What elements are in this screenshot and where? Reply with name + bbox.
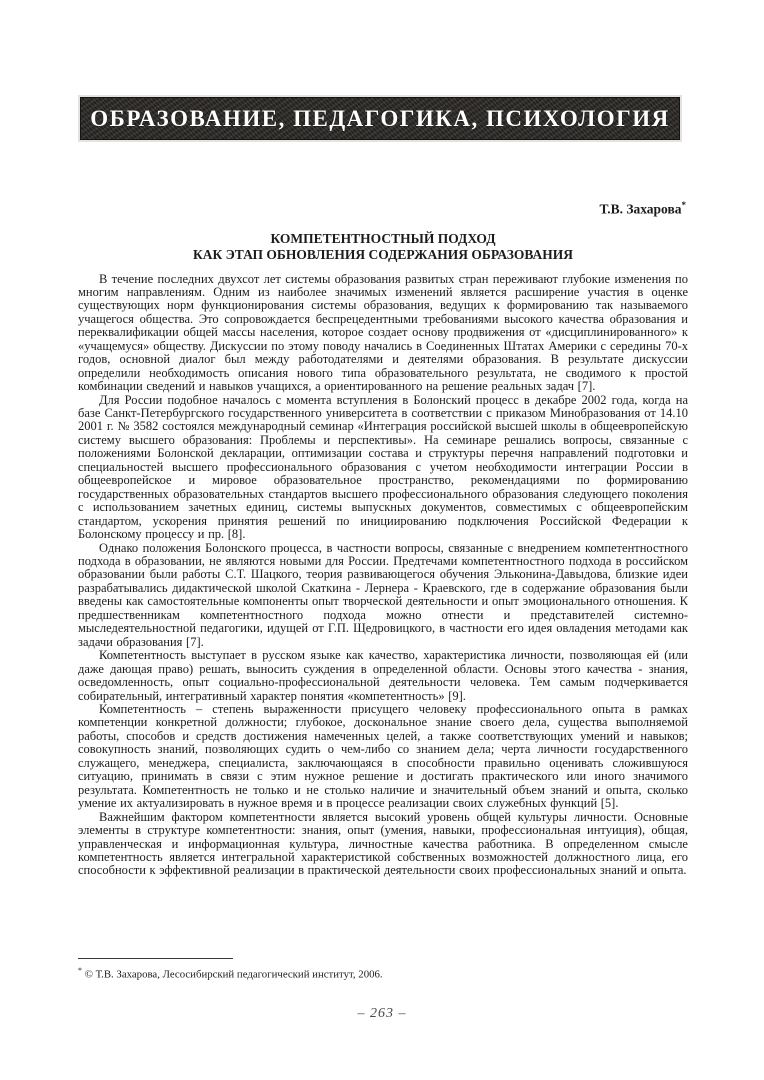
paragraph: Важнейшим фактором компетентности являет…: [78, 811, 688, 878]
author-footnote-mark: *: [682, 200, 687, 210]
section-banner: ОБРАЗОВАНИЕ, ПЕДАГОГИКА, ПСИХОЛОГИЯ: [80, 97, 680, 140]
paragraph: Однако положения Болонского процесса, в …: [78, 542, 688, 650]
paragraph: Для России подобное началось с момента в…: [78, 394, 688, 542]
author-name: Т.В. Захарова: [600, 202, 682, 217]
paragraph: Компетентность выступает в русском языке…: [78, 649, 688, 703]
section-banner-title: ОБРАЗОВАНИЕ, ПЕДАГОГИКА, ПСИХОЛОГИЯ: [90, 106, 670, 132]
footnote: * © Т.В. Захарова, Лесосибирский педагог…: [78, 958, 688, 982]
paragraph: Компетентность – степень выраженности пр…: [78, 703, 688, 811]
article-body: В течение последних двухсот лет системы …: [78, 273, 688, 878]
article: Т.В. Захарова* КОМПЕТЕНТНОСТНЫЙ ПОДХОД К…: [78, 197, 688, 878]
article-title: КОМПЕТЕНТНОСТНЫЙ ПОДХОД КАК ЭТАП ОБНОВЛЕ…: [78, 231, 688, 263]
footnote-text-line: * © Т.В. Захарова, Лесосибирский педагог…: [78, 964, 688, 982]
article-title-line2: КАК ЭТАП ОБНОВЛЕНИЯ СОДЕРЖАНИЯ ОБРАЗОВАН…: [78, 247, 688, 263]
page-number: – 263 –: [0, 1006, 764, 1022]
paragraph: В течение последних двухсот лет системы …: [78, 273, 688, 394]
article-title-line1: КОМПЕТЕНТНОСТНЫЙ ПОДХОД: [78, 231, 688, 247]
scanned-journal-page: ОБРАЗОВАНИЕ, ПЕДАГОГИКА, ПСИХОЛОГИЯ Т.В.…: [0, 0, 764, 1080]
footnote-mark: *: [78, 966, 82, 975]
author-line: Т.В. Захарова*: [78, 197, 688, 218]
footnote-divider: [78, 958, 233, 959]
footnote-text: © Т.В. Захарова, Лесосибирский педагогич…: [85, 969, 383, 981]
